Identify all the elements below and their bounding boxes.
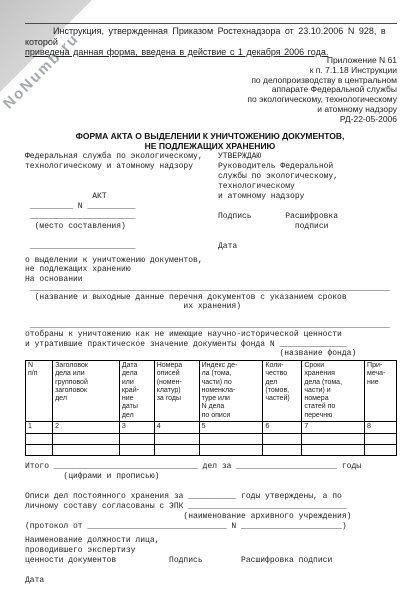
appendix-block: Приложение N 61 к п. 7.1.18 Инструкции п… — [247, 56, 397, 125]
empty-table-row — [26, 434, 397, 445]
approve-signature-block: УТВЕРЖДАЮ Руководитель Федеральной служб… — [218, 152, 338, 252]
column-number-cell: 1 — [26, 422, 53, 434]
column-number-cell: 4 — [154, 422, 199, 434]
col-header-quantity: Коли- чество дел (томов, частей) — [263, 361, 302, 422]
totals-and-inventories-block: Итого ______________________________ дел… — [25, 462, 361, 532]
col-header-storage-terms: Сроки хранения дела (тома, части) и номе… — [302, 361, 365, 422]
col-header-case-date: Дата дела или край- ние даты дел — [119, 361, 154, 422]
column-number-cell: 3 — [119, 422, 154, 434]
column-number-cell: 7 — [302, 422, 365, 434]
expert-signature-block: Наименование должности лица, проводившег… — [25, 536, 332, 586]
col-header-inventory-numbers: Номера описей (номен- клатур) за годы — [154, 361, 199, 422]
act-body-text: о выделении к уничтожению документов, не… — [25, 256, 390, 358]
col-header-case-title: Заголовок дела или групповой заголовок д… — [53, 361, 120, 422]
table-header-row: N п/п Заголовок дела или групповой загол… — [26, 361, 397, 422]
empty-table-row — [26, 445, 397, 456]
column-number-cell: 6 — [263, 422, 302, 434]
top-rule — [25, 23, 397, 24]
documents-table: N п/п Заголовок дела или групповой загол… — [25, 360, 397, 456]
form-title: ФОРМА АКТА О ВЫДЕЛЕНИИ К УНИЧТОЖЕНИЮ ДОК… — [0, 131, 420, 151]
column-number-row: 1 2 3 4 5 6 7 8 — [26, 422, 397, 434]
col-header-notes: При- меча- ние — [365, 361, 397, 422]
org-and-act-block: Федеральная служба по экологическому, те… — [25, 152, 203, 252]
col-header-number: N п/п — [26, 361, 53, 422]
col-header-case-index: Индекс де- ла (тома, части) по номенкла-… — [199, 361, 263, 422]
header-note-line1: Инструкция, утвержденная Приказом Ростех… — [25, 26, 397, 47]
column-number-cell: 8 — [365, 422, 397, 434]
column-number-cell: 2 — [53, 422, 120, 434]
column-number-cell: 5 — [199, 422, 263, 434]
document-page: NoNumb.ru Инструкция, утвержденная Прика… — [0, 0, 420, 600]
header-note: Инструкция, утвержденная Приказом Ростех… — [25, 26, 397, 58]
